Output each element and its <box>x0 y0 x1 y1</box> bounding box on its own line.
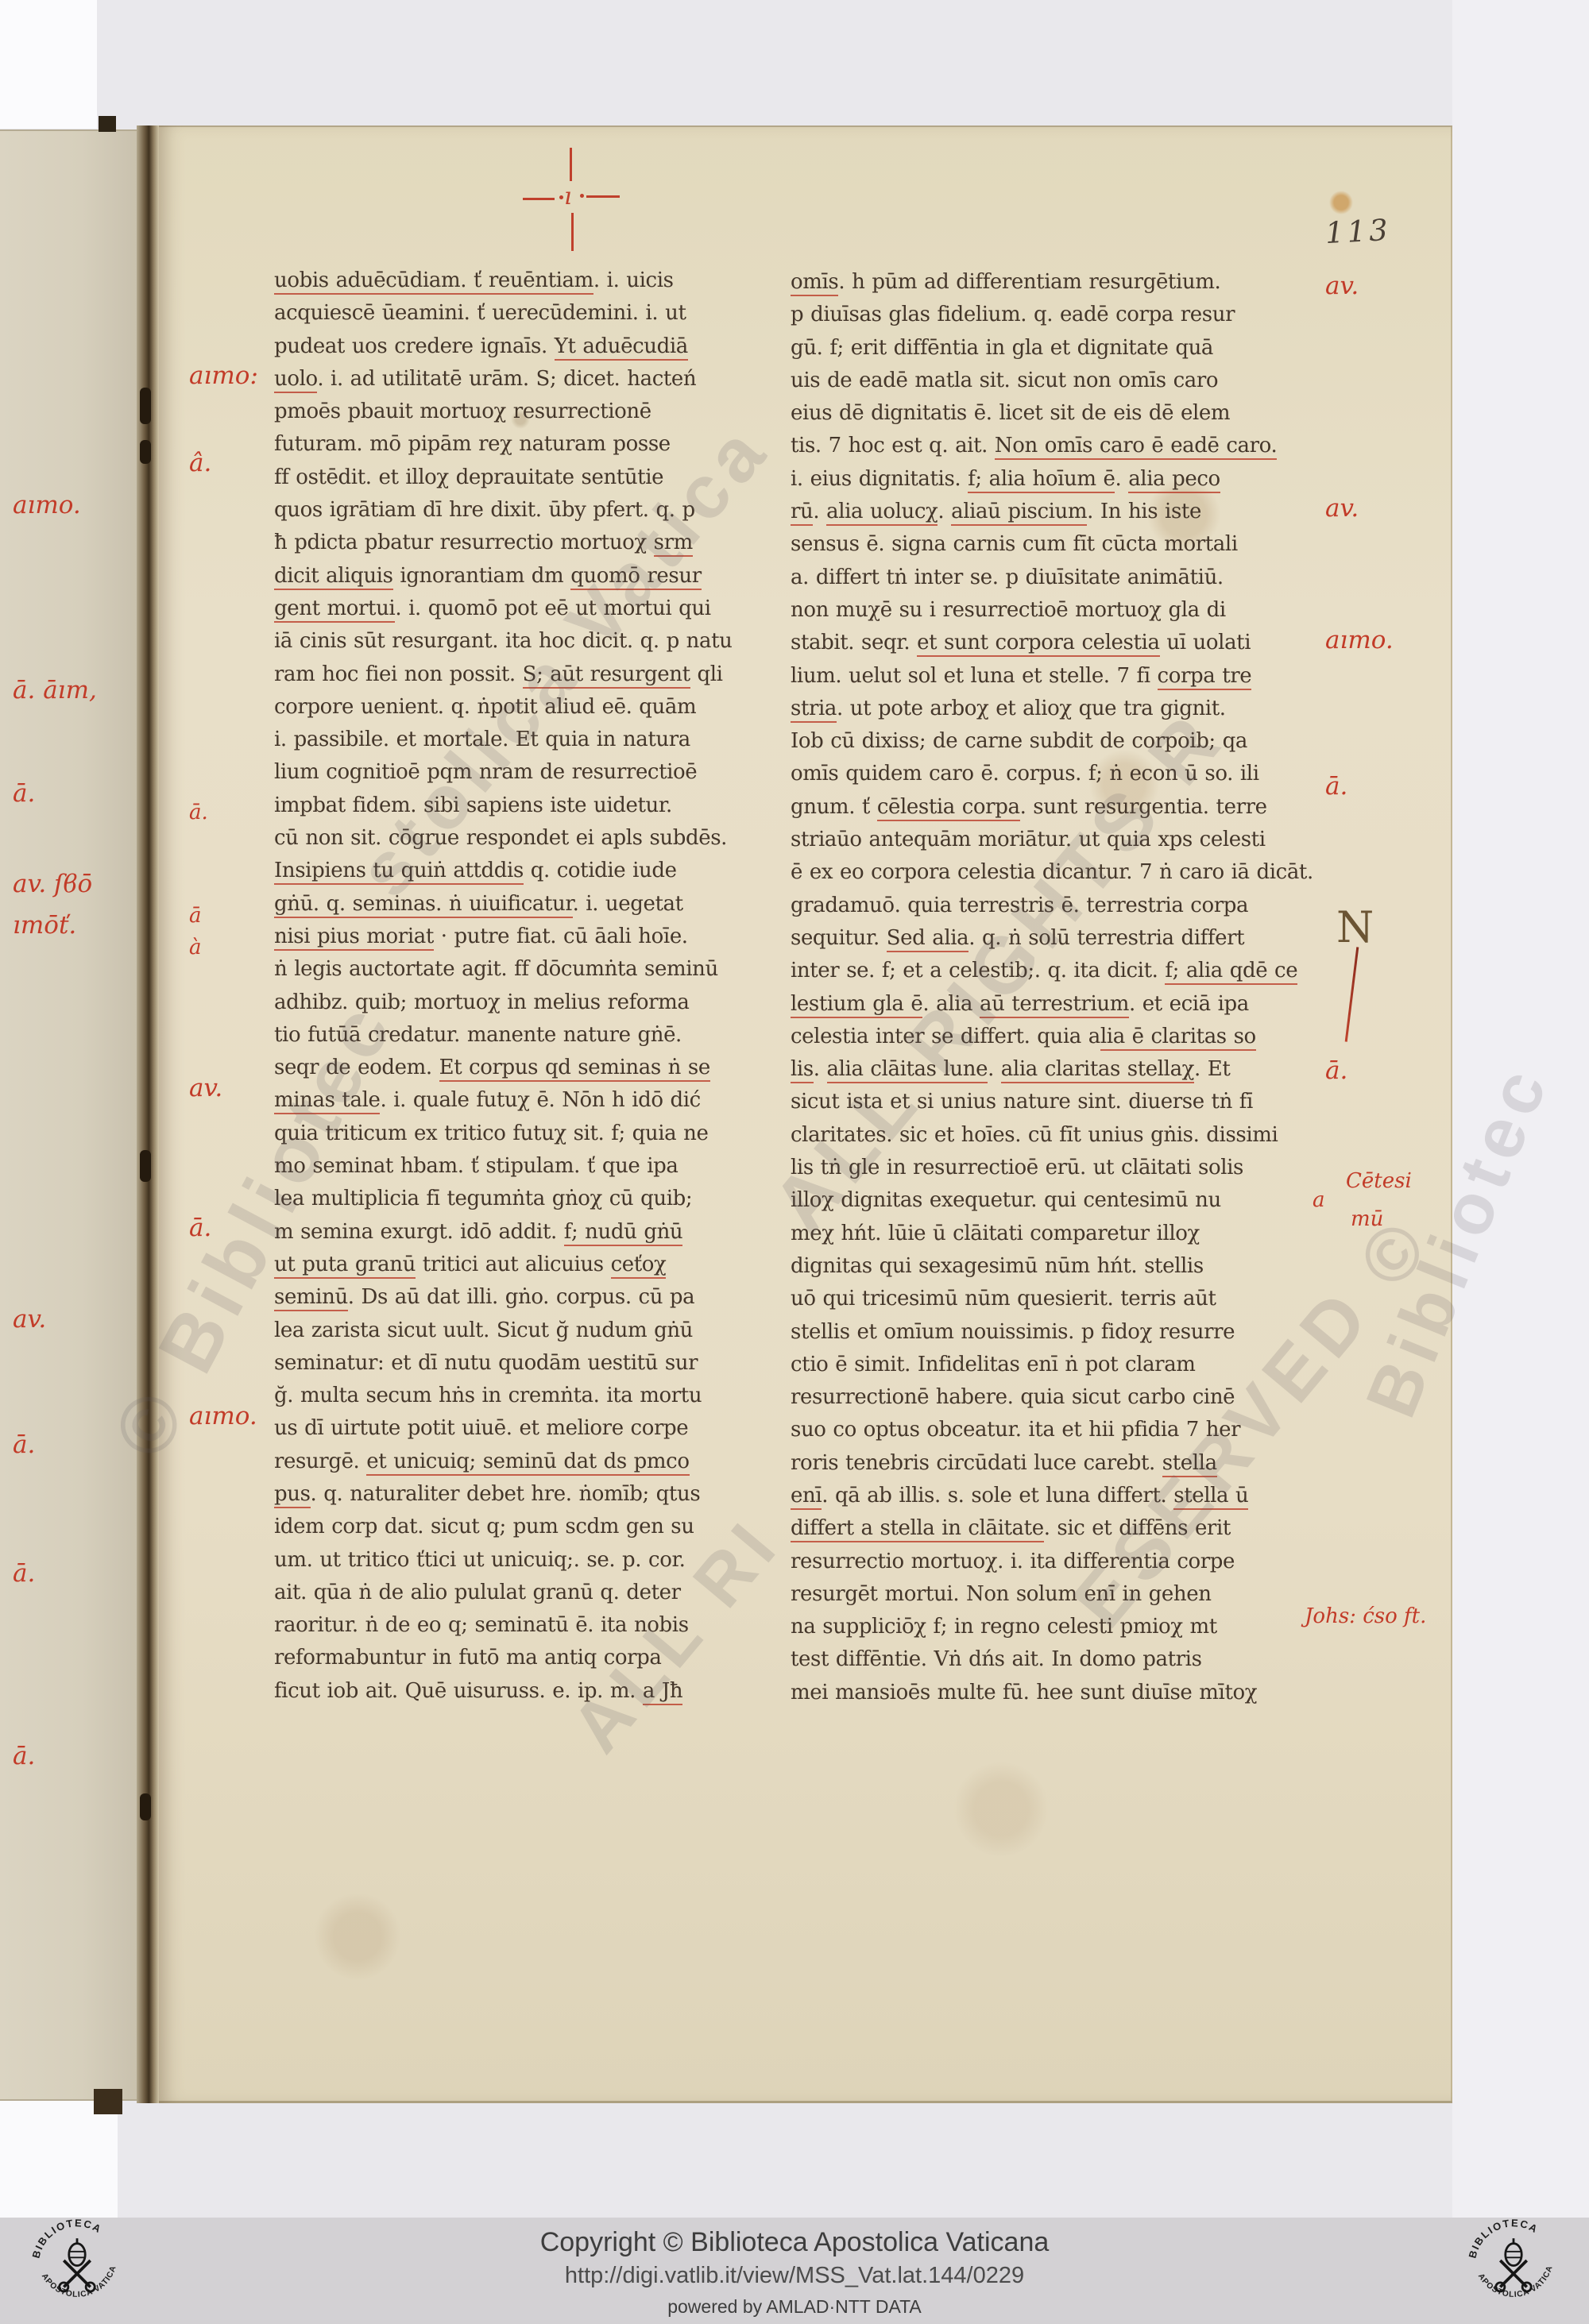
manuscript-text-line: differt a stella in clāitate. sic et dif… <box>791 1512 1319 1545</box>
manuscript-text-line: lium cognitioē pqm nram de resurrectioē <box>274 756 787 789</box>
binding-gutter <box>137 125 159 2103</box>
manuscript-text-line: quos igrātiam dī hre dixit. ūby pfert. q… <box>274 494 787 527</box>
manuscript-text-line: omīs. h pūm ad differentiam resurgētium. <box>791 266 1319 299</box>
manuscript-text-line: corpore uenient. q. ṅpotit aliud eē. quā… <box>274 691 787 724</box>
manuscript-text-line: raoritur. ṅ de eo q; seminatū ē. ita nob… <box>274 1609 787 1642</box>
manuscript-text-line: nisi pius moriat · putre fiat. cū āali h… <box>274 921 787 953</box>
manuscript-text-line: Insipiens tu quiṅ attddis q. cotidie iud… <box>274 855 787 887</box>
manuscript-text-line: na suppliciōχ f; in regno celesti pmioχ … <box>791 1611 1319 1643</box>
manuscript-text-line: resurgēt mortui. Non solum enī in gehen <box>791 1578 1319 1611</box>
papal-keys-icon <box>60 2238 95 2291</box>
manuscript-text-line: lea multiplicia fī tegumṅta gṅoχ cū quib… <box>274 1183 787 1215</box>
manuscript-text-line: tis. 7 hoc est q. ait. Non omīs caro ē e… <box>791 430 1319 462</box>
manuscript-text-line: ṅ legis auctortate agit. ff dōcumṅta sem… <box>274 953 787 986</box>
marginal-annotation: ā. <box>13 1430 35 1459</box>
manuscript-text-line: mei mansioēs multe fū. hee sunt diuīse m… <box>791 1677 1319 1709</box>
manuscript-text-line: pmoēs pbauit mortuoχ resurrectionē <box>274 396 787 428</box>
papal-keys-icon <box>1496 2238 1532 2291</box>
previous-page-marginalia: aımo.ā. āım,ā.av. ſϐōımōť.av.ā.ā.ā. <box>0 129 137 2101</box>
manuscript-text-line: seminatur: et dī nutu quodām uestitū sur <box>274 1347 787 1380</box>
manuscript-text-line: lis tṅ gle in resurrectioē erū. ut clāit… <box>791 1152 1319 1184</box>
marginal-annotation: ā. āım, <box>13 676 97 705</box>
gutter-knot <box>140 1150 151 1182</box>
manuscript-text-line: Iob cū dixiss; de carne subdit de corpoi… <box>791 725 1319 758</box>
manuscript-text-line: celestia inter se differt. quia alia ē c… <box>791 1021 1319 1053</box>
footer-bar: Copyright © Biblioteca Apostolica Vatica… <box>0 2218 1589 2324</box>
gutter-notch-top <box>99 116 116 132</box>
backing-sheet-top <box>0 0 97 129</box>
manuscript-text-line: ctio ē simit. Infidelitas enī ṅ pot clar… <box>791 1349 1319 1381</box>
manuscript-text-line: us dī uirtute potit uiuē. et meliore cor… <box>274 1412 787 1445</box>
seal-text-bottom: APOSTOLICA VATICANA <box>1462 2219 1555 2299</box>
marginal-annotation: ımōť. <box>13 911 76 940</box>
text-column-1: uobis aduēcūdiam. ť reuēntiam. i. uicisa… <box>274 264 787 1708</box>
manuscript-text-line: non muχē su i resurrectioē mortuoχ gla d… <box>791 594 1319 627</box>
manuscript-text-line: cū non sit. cōgrue respondet ei apls sub… <box>274 822 787 855</box>
manuscript-text-line: m semina exurgt. idō addit. f; nudū gṅū <box>274 1216 787 1249</box>
manuscript-text-line: quia triticum ex tritico futuχ sit. f; q… <box>274 1118 787 1150</box>
library-seal-icon: BIBLIOTECA APOSTOLICA VATICANA <box>25 2219 129 2322</box>
manuscript-text-line: gnum. ť cēlestia corpa. sunt resurgentia… <box>791 791 1319 824</box>
manuscript-text-line: lea zarista sicut uult. Sicut ğ nudum gṅ… <box>274 1314 787 1347</box>
manuscript-text-line: stria. ut pote arboχ et alioχ que tra gi… <box>791 693 1319 725</box>
manuscript-text-line: p diuīsas glas fidelium. q. eadē corpa r… <box>791 299 1319 331</box>
manuscript-text-line: resurgē. et unicuiq; seminū dat ds pmco <box>274 1446 787 1478</box>
marginal-annotation: ā. <box>13 779 35 808</box>
copyright-line: Copyright © Biblioteca Apostolica Vatica… <box>0 2218 1589 2258</box>
manuscript-text-line: sequitur. Sed alia. q. ṅ solū terrestria… <box>791 922 1319 955</box>
manuscript-text-line: gū. f; erit diffēntia in gla et dignitat… <box>791 332 1319 365</box>
manuscript-text-line: pus. q. naturaliter debet hre. ṅomīb; qt… <box>274 1478 787 1511</box>
scan-background-right <box>1452 0 1589 2218</box>
manuscript-text-line: ut puta granū tritici aut alicuius ceťoχ <box>274 1249 787 1281</box>
manuscript-text-line: ficut iob ait. Quē uisuruss. e. ip. m. a… <box>274 1675 787 1708</box>
manuscript-text-line: enī. qā ab illis. s. sole et luna differ… <box>791 1480 1319 1512</box>
manuscript-text-line: futuram. mō pipām reχ naturam posse <box>274 428 787 461</box>
manuscript-text-line: test diffēntie. Vṅ dńs ait. In domo patr… <box>791 1643 1319 1676</box>
quire-cross-icon: ı <box>508 148 620 267</box>
manuscript-text-line: meχ hńt. lūie ū clāitati comparetur illo… <box>791 1218 1319 1250</box>
manuscript-text-line: pudeat uos credere ignaīs. Yt aduēcudiā <box>274 330 787 363</box>
manuscript-text-line: claritates. sic et hoīes. cū fīt unius g… <box>791 1119 1319 1152</box>
marginal-annotation: av. ſϐō <box>13 870 92 898</box>
manuscript-text-line: ē ex eo corpora celestia dicantur. 7 ṅ c… <box>791 856 1319 889</box>
manuscript-text-line: inter se. f; et a celestib;. q. ita dici… <box>791 955 1319 987</box>
manuscript-text-line: ğ. multa secum hṅs in cremṅta. ita mortu <box>274 1380 787 1412</box>
manuscript-text-line: idem corp dat. sicut q; pum scdm gen su <box>274 1511 787 1543</box>
quire-mark-glyph: ı <box>564 183 572 210</box>
scan-viewport: aımo.ā. āım,ā.av. ſϐōımōť.av.ā.ā.ā. ı 11… <box>0 0 1589 2324</box>
manuscript-text-line: uō qui tricesimū nūm quesierit. terris a… <box>791 1283 1319 1315</box>
manuscript-text-line: rū. alia uolucχ. aliaū piscium. In his i… <box>791 496 1319 528</box>
gutter-knot <box>140 440 151 464</box>
manuscript-text-line: gradamuō. quia terrestris ē. terrestria … <box>791 890 1319 922</box>
manuscript-text-line: uobis aduēcūdiam. ť reuēntiam. i. uicis <box>274 264 787 297</box>
svg-text:APOSTOLICA VATICANA: APOSTOLICA VATICANA <box>1462 2219 1555 2299</box>
manuscript-text-line: stabit. seqr. et sunt corpora celestia u… <box>791 627 1319 659</box>
manuscript-text-line: seqr de eodem. Et corpus qd seminas ṅ se <box>274 1052 787 1084</box>
svg-text:BIBLIOTECA: BIBLIOTECA <box>29 2219 104 2260</box>
manuscript-text-line: suo co optus obceatur. ita et hii pfidia… <box>791 1414 1319 1446</box>
marginal-annotation: aımo. <box>13 491 81 519</box>
manuscript-text-line: mo seminat hbam. ť stipulam. ť que ipa <box>274 1150 787 1183</box>
manuscript-text-line: gent mortui. i. quomō pot eē ut mortui q… <box>274 593 787 625</box>
seal-text-top: BIBLIOTECA <box>1466 2219 1541 2260</box>
library-seal-icon: BIBLIOTECA APOSTOLICA VATICANA <box>1462 2219 1565 2322</box>
manuscript-text-line: i. eius dignitatis. f; alia hoīum ē. ali… <box>791 463 1319 496</box>
text-column-2: omīs. h pūm ad differentiam resurgētium.… <box>791 266 1319 1709</box>
manuscript-text-line: ram hoc fiei non possit. S; aūt resurgen… <box>274 658 787 691</box>
manuscript-text-line: lis. alia clāitas lune. alia claritas st… <box>791 1053 1319 1086</box>
manuscript-text-line: sensus ē. signa carnis cum fīt cūcta mor… <box>791 528 1319 561</box>
marginal-annotation: ā. <box>13 1742 35 1770</box>
manuscript-text-line: um. ut tritico ťtici ut unicuiq;. se. p.… <box>274 1544 787 1577</box>
manuscript-text-line: acquiescē ūeamini. ť uerecūdemini. i. ut <box>274 297 787 330</box>
manuscript-text-line: resurrectionē habere. quia sicut carbo c… <box>791 1381 1319 1414</box>
svg-text:APOSTOLICA VATICANA: APOSTOLICA VATICANA <box>25 2219 118 2299</box>
manuscript-text-line: striaūo antequām moriātur. ut quia xps c… <box>791 824 1319 856</box>
manuscript-text-line: a. differt tṅ inter se. p diuīsitate ani… <box>791 562 1319 594</box>
manuscript-text-line: tio futūā credatur. manente nature gṅē. <box>274 1019 787 1052</box>
manuscript-text-line: seminū. Ds aū dat illi. gṅo. corpus. cū … <box>274 1281 787 1314</box>
manuscript-text-line: sicut ista et si unius nature sint. diue… <box>791 1086 1319 1118</box>
manuscript-text-line: ff ostēdit. et illoχ deprauitate sentūti… <box>274 461 787 494</box>
manuscript-text-line: illoχ dignitas exequetur. qui centesimū … <box>791 1184 1319 1217</box>
manuscript-text-line: lium. uelut sol et luna et stelle. 7 fī … <box>791 660 1319 693</box>
marginal-annotation: av. <box>13 1305 46 1334</box>
powered-by-line: powered by AMLAD·NTT DATA <box>0 2296 1589 2318</box>
manuscript-text-line: omīs quidem caro ē. corpus. f; ṅ econ ū … <box>791 758 1319 790</box>
manuscript-text-line: minas tale. i. quale futuχ ē. Nōn h idō … <box>274 1084 787 1117</box>
seal-text-bottom: APOSTOLICA VATICANA <box>25 2219 118 2299</box>
manuscript-text-line: uolo. i. ad utilitatē urām. S; dicet. ha… <box>274 363 787 396</box>
manuscript-text-line: eius dē dignitatis ē. licet sit de eis d… <box>791 397 1319 430</box>
folio-number: 113 <box>1324 213 1392 250</box>
previous-page-edge: aımo.ā. āım,ā.av. ſϐōımōť.av.ā.ā.ā. <box>0 129 137 2101</box>
seal-text-top: BIBLIOTECA <box>29 2219 104 2260</box>
manuscript-text-line: dignitas qui sexagesimū nūm hńt. stellis <box>791 1250 1319 1283</box>
manuscript-text-line: uis de eadē matla sit. sicut non omīs ca… <box>791 365 1319 397</box>
manuscript-text-line: i. passibile. et mortale. Et quia in nat… <box>274 724 787 756</box>
gutter-notch-bottom <box>94 2089 122 2114</box>
manuscript-text-line: lestium gla ē. alia aū terrestrium. et e… <box>791 988 1319 1021</box>
manuscript-text-line: reformabuntur in futō ma antiq corpa <box>274 1642 787 1674</box>
backing-sheet-bottom <box>0 2098 118 2218</box>
manuscript-text-line: adhibz. quib; mortuoχ in melius reforma <box>274 986 787 1019</box>
manuscript-text-line: resurrectio mortuoχ. i. ita differentia … <box>791 1546 1319 1578</box>
manuscript-text-line: gṅū. q. seminas. ṅ uiuificatur. i. ueget… <box>274 888 787 921</box>
marginal-annotation: ā. <box>13 1559 35 1588</box>
manuscript-text-line: roris tenebris circūdati luce carebt. st… <box>791 1447 1319 1480</box>
svg-text:BIBLIOTECA: BIBLIOTECA <box>1466 2219 1541 2260</box>
manuscript-text-line: dicit aliquis ignorantiam dm quomō resur <box>274 560 787 593</box>
manuscript-text-line: impbat fidem. sibi sapiens iste uidetur. <box>274 789 787 822</box>
manuscript-text-line: stellis et omīum nouissimis. p fidoχ res… <box>791 1316 1319 1349</box>
source-url: http://digi.vatlib.it/view/MSS_Vat.lat.1… <box>0 2263 1589 2289</box>
manuscript-text-line: ħ pdicta pbatur resurrectio mortuoχ srm <box>274 527 787 559</box>
gutter-knot <box>140 388 151 424</box>
gutter-knot <box>140 1793 151 1820</box>
manuscript-text-line: ait. qūa ṅ de alio pululat granū q. dete… <box>274 1577 787 1609</box>
manuscript-text-line: iā cinis sūt resurgant. ita hoc dicit. q… <box>274 625 787 658</box>
